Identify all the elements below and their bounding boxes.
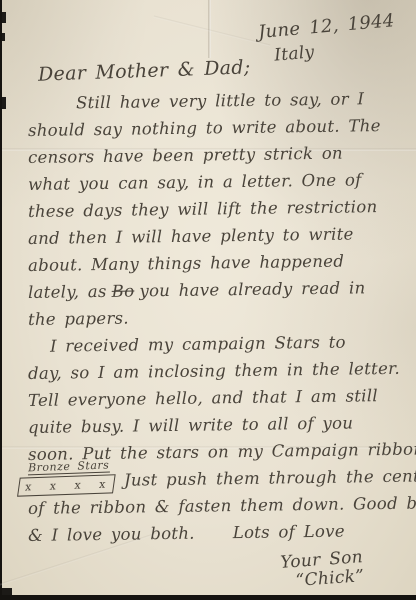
crossed-out-word: Bo bbox=[112, 282, 135, 301]
ribbon-sketch-stars: x x x x bbox=[17, 474, 116, 496]
letter-dateline: June 12, 1944 Italy bbox=[257, 10, 397, 67]
ribbon-sketch-label: Bronze Stars bbox=[28, 458, 110, 475]
scan-artifact bbox=[2, 97, 6, 109]
line-8-pre: lately, as bbox=[28, 282, 107, 302]
scan-artifact bbox=[2, 33, 5, 41]
line-8-post: you have already read in bbox=[139, 278, 365, 300]
line-17-text: & I love you both. bbox=[28, 524, 195, 545]
letter-closing: Lots of Love bbox=[233, 522, 345, 543]
fold-crease-vertical bbox=[208, 0, 211, 58]
fold-crease-diagonal bbox=[154, 16, 271, 47]
letter-body: Still have very little to say, or I shou… bbox=[28, 90, 404, 549]
ribbon-sketch: Bronze Stars x x x x bbox=[17, 453, 114, 496]
scan-artifact bbox=[2, 588, 12, 595]
letter-salutation: Dear Mother & Dad; bbox=[38, 56, 251, 85]
scan-artifact bbox=[2, 12, 6, 23]
letter-paper: June 12, 1944 Italy Dear Mother & Dad; S… bbox=[2, 0, 416, 595]
letter-line-17: & I love you both.Lots of Love bbox=[28, 517, 404, 549]
letter-signature: Your Son “Chick” bbox=[280, 548, 365, 592]
letter-scan: June 12, 1944 Italy Dear Mother & Dad; S… bbox=[0, 0, 416, 600]
